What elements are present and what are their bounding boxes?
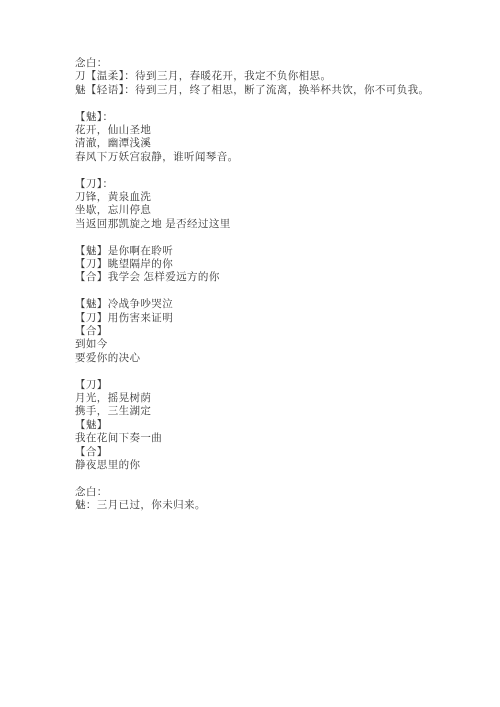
document-page: 念白：刀【温柔】：待到三月，春暖花开，我定不负你相思。魅【轻语】：待到三月，终了…: [0, 0, 500, 707]
text-line: 念白：: [75, 486, 470, 499]
text-line: 【合】: [75, 446, 470, 459]
text-line: 清澈，幽潭浅溪: [75, 137, 470, 150]
lyrics-block-verse-dao: 【刀】：刀锋，黄泉血洗坐歇，忘川停息当返回那凯旋之地 是否经过这里: [75, 178, 470, 232]
text-line: 【魅】：: [75, 111, 470, 124]
text-line: 到如今: [75, 338, 470, 351]
text-line: 当返回那凯旋之地 是否经过这里: [75, 218, 470, 231]
text-line: 我在花间下奏一曲: [75, 432, 470, 445]
text-line: 坐歇，忘川停息: [75, 204, 470, 217]
text-line: 花开，仙山圣地: [75, 124, 470, 137]
text-line: 魅：三月已过，你未归来。: [75, 499, 470, 512]
lyrics-block-duet-1: 【魅】是你啊在聆听【刀】眺望隔岸的你【合】我学会 怎样爱远方的你: [75, 245, 470, 285]
lyrics-block-duet-2: 【魅】冷战争吵哭泣【刀】用伤害来证明【合】到如今要爱你的决心: [75, 298, 470, 365]
text-line: 静夜思里的你: [75, 459, 470, 472]
text-line: 【合】: [75, 325, 470, 338]
text-line: 魅【轻语】：待到三月，终了相思，断了流离，换举杯共饮，你不可负我。: [75, 84, 470, 97]
text-line: 念白：: [75, 57, 470, 70]
text-line: 【合】我学会 怎样爱远方的你: [75, 271, 470, 284]
text-line: 【刀】用伤害来证明: [75, 312, 470, 325]
lyrics-block-spoken-outro: 念白：魅：三月已过，你未归来。: [75, 486, 470, 513]
text-line: 【刀】：: [75, 178, 470, 191]
text-line: 【魅】冷战争吵哭泣: [75, 298, 470, 311]
text-line: 携手，三生湖定: [75, 405, 470, 418]
text-line: 春风下万妖宫寂静，谁听闻琴音。: [75, 151, 470, 164]
text-line: 刀锋，黄泉血洗: [75, 191, 470, 204]
lyrics-block-verse-final: 【刀】月光，摇晃树荫携手，三生湖定【魅】我在花间下奏一曲【合】静夜思里的你: [75, 379, 470, 473]
lyrics-block-spoken-intro: 念白：刀【温柔】：待到三月，春暖花开，我定不负你相思。魅【轻语】：待到三月，终了…: [75, 57, 470, 97]
text-line: 要爱你的决心: [75, 352, 470, 365]
text-line: 月光，摇晃树荫: [75, 392, 470, 405]
text-line: 刀【温柔】：待到三月，春暖花开，我定不负你相思。: [75, 70, 470, 83]
lyrics-block-verse-mei: 【魅】：花开，仙山圣地清澈，幽潭浅溪春风下万妖宫寂静，谁听闻琴音。: [75, 111, 470, 165]
text-line: 【刀】眺望隔岸的你: [75, 258, 470, 271]
text-line: 【刀】: [75, 379, 470, 392]
text-line: 【魅】是你啊在聆听: [75, 245, 470, 258]
text-line: 【魅】: [75, 419, 470, 432]
